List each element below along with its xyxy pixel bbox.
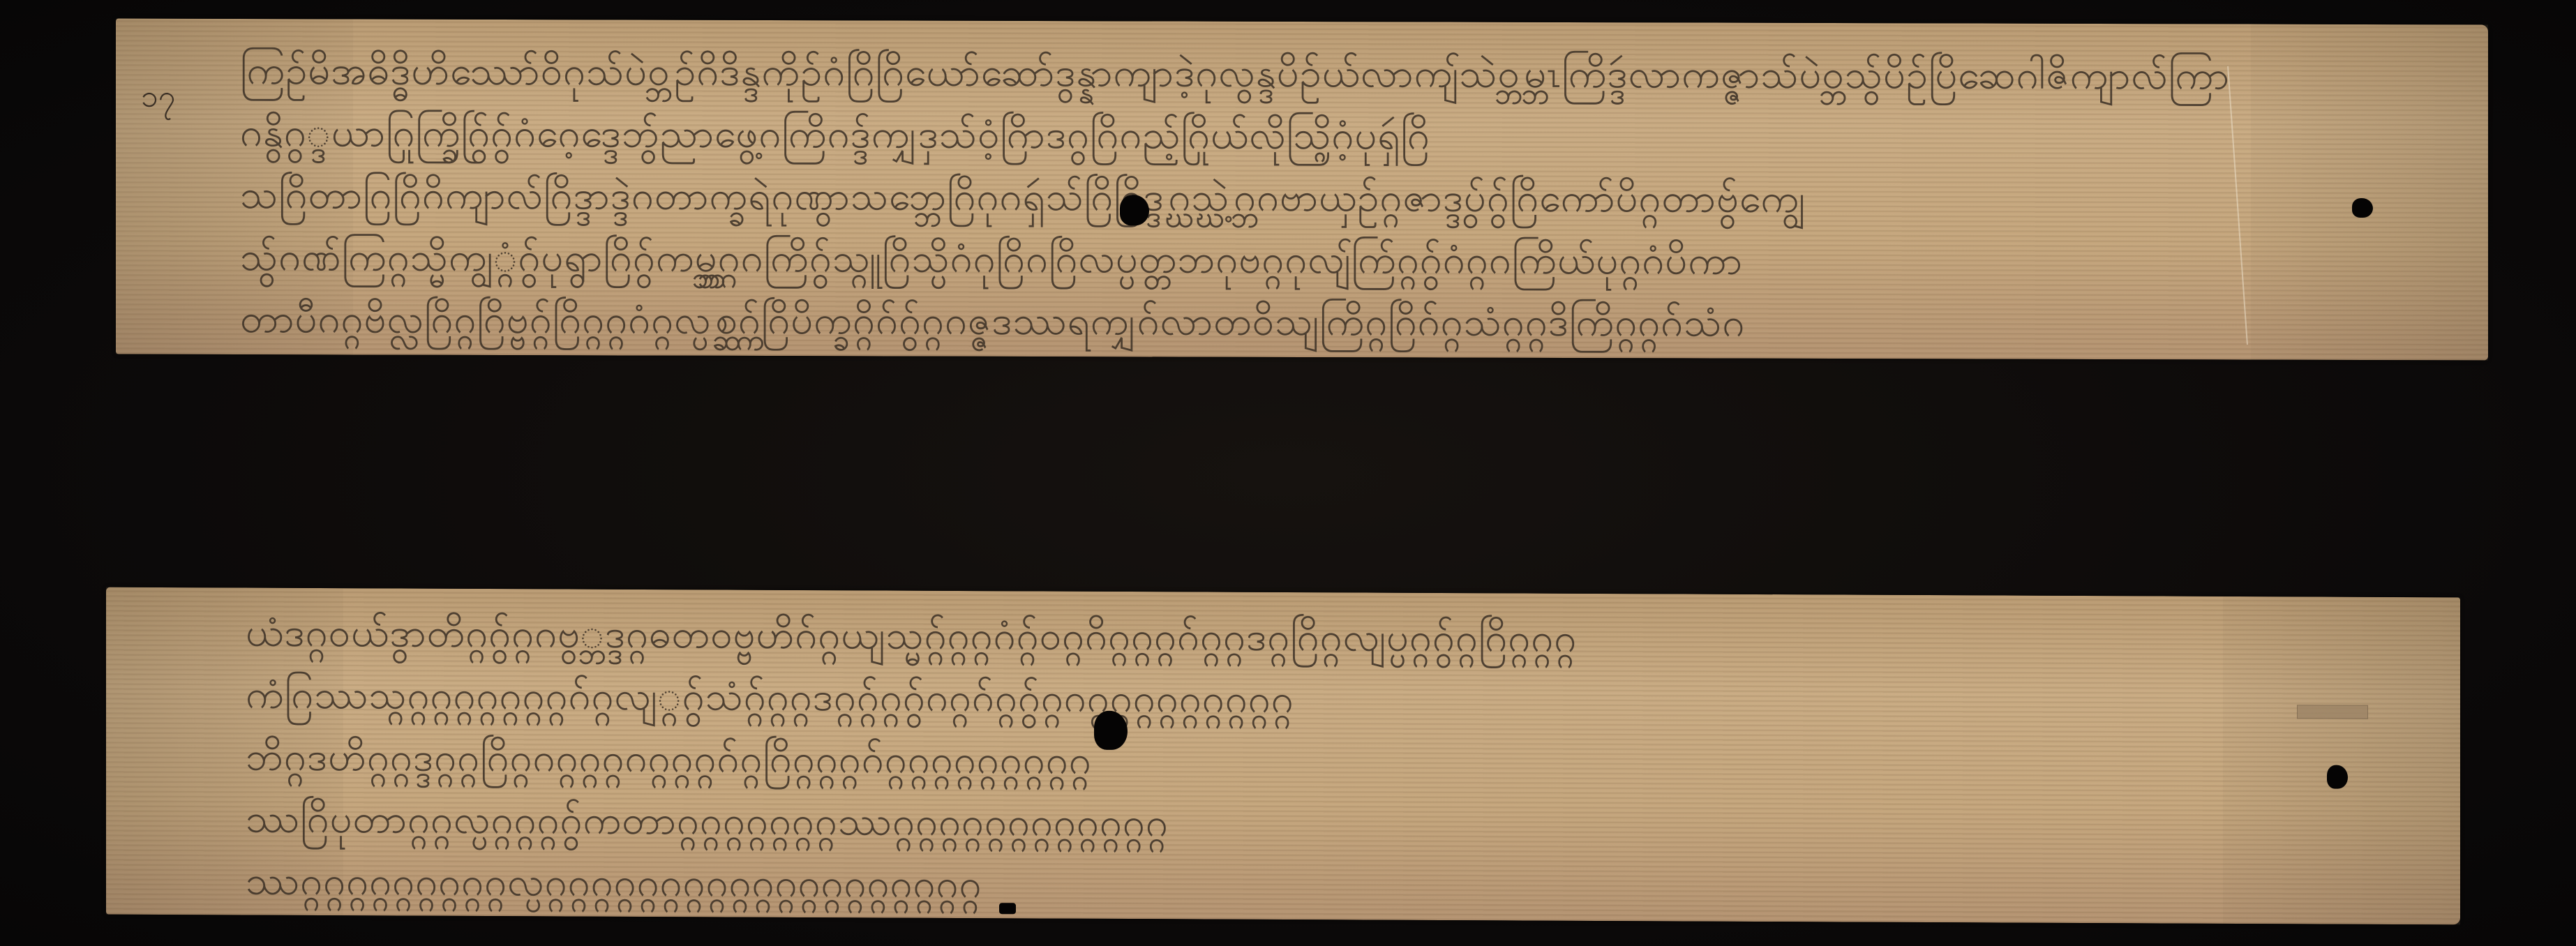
text-line: သွ်ဂဏ်ကြဂ္ဂသ္မိကျွ္ဂံဂွ်ပုရွာဂြိဂွ်ကမ္ဘ္…: [240, 226, 2347, 294]
string-hole: [2327, 765, 2348, 789]
string-hole: [1120, 195, 1149, 225]
palm-leaf-folio-top: ၁၇ ကြဉ်မိအဓိဒ္ဓိဟိဿော်ဝိဂုသ်ပဲဝ္ဘဉ်ဂိဒိန…: [116, 19, 2488, 361]
text-line: ကံဂြဿသ္ဂဂ္ဂဂ္ဂဂ္ဂဂ္ဂဂ္ဂဂ္ဂဂ္ဂဂ်ဂ္ဂလျ္ဂဂွ…: [246, 664, 2339, 735]
text-line: သဂြိတာဂြဂြိဂိကျာလ်ဂြိဒ္ဒာဒ္ဒဲဂတာက္ခရဲဂုဏ…: [240, 164, 2347, 232]
manuscript-text-block: ယံဒဂ္ဂဝယ်ဒွာတိဂ္ဂဂွ်ဂ္ဂဂဗွ္ဘဒ္ဒဂ္ဂဓတဝဗ္ဗ…: [246, 602, 2339, 922]
text-line: တာပီဂဂ္ဂဗိလ္လဂြိဂ္ဂဂြိဗ္ဗဂ္ဂ်ဂြိဂ္ဂဂ္ဂဂံ…: [240, 288, 2347, 356]
text-line: ယံဒဂ္ဂဝယ်ဒွာတိဂ္ဂဂွ်ဂ္ဂဂဗွ္ဘဒ္ဒဂ္ဂဓတဝဗ္ဗ…: [246, 602, 2339, 673]
text-line: ကြဉ်မိအဓိဒ္ဓိဟိဿော်ဝိဂုသ်ပဲဝ္ဘဉ်ဂိဒိန္ဒက…: [240, 40, 2347, 107]
manuscript-text-block: ကြဉ်မိအဓိဒ္ဓိဟိဿော်ဝိဂုသ်ပဲဝ္ဘဉ်ဂိဒိန္ဒက…: [240, 40, 2347, 356]
edge-damage: [999, 903, 1016, 914]
string-hole: [1094, 711, 1128, 750]
text-line: ဘိဂ္ဂဒဟိဂ္ဂဂ္ဂဒ္ဒဂ္ဂဂ္ဂဂြိဂ္ဂဂဂ္ဂဂ္ဂဂ္ဂဂ…: [246, 726, 2339, 797]
text-line: ဂနွိဂွ္ဒယာဂြုက္ခြိဂြွ်ဂွ်ဂံဂေ့ဒ္ဒေဘွ်ညာဖ…: [240, 102, 2347, 170]
catalog-label-strip: [2297, 705, 2368, 719]
palm-leaf-folio-bottom: ယံဒဂ္ဂဝယ်ဒွာတိဂ္ဂဂွ်ဂ္ဂဂဗွ္ဘဒ္ဒဂ္ဂဓတဝဗ္ဗ…: [106, 587, 2460, 925]
text-line: ဿဂ္ဂဂ္ဂဂ္ဂဂ္ဂဂ္ဂဂ္ဂဂ္ဂဂ္ဂဂ္ဂလ္ပဂ္ဂဂ္ဂဂ္ဂ…: [246, 850, 2339, 922]
folio-number: ၁၇: [141, 77, 176, 122]
text-line: ဿဂြိပုတာဂ္ဂဂ္ဂလ္ပဂ္ဂဂ္ဂဂ္ဂဂွ်ကတာဂ္ဂဂ္ဂဂ္…: [246, 788, 2339, 859]
string-hole: [2352, 198, 2373, 218]
